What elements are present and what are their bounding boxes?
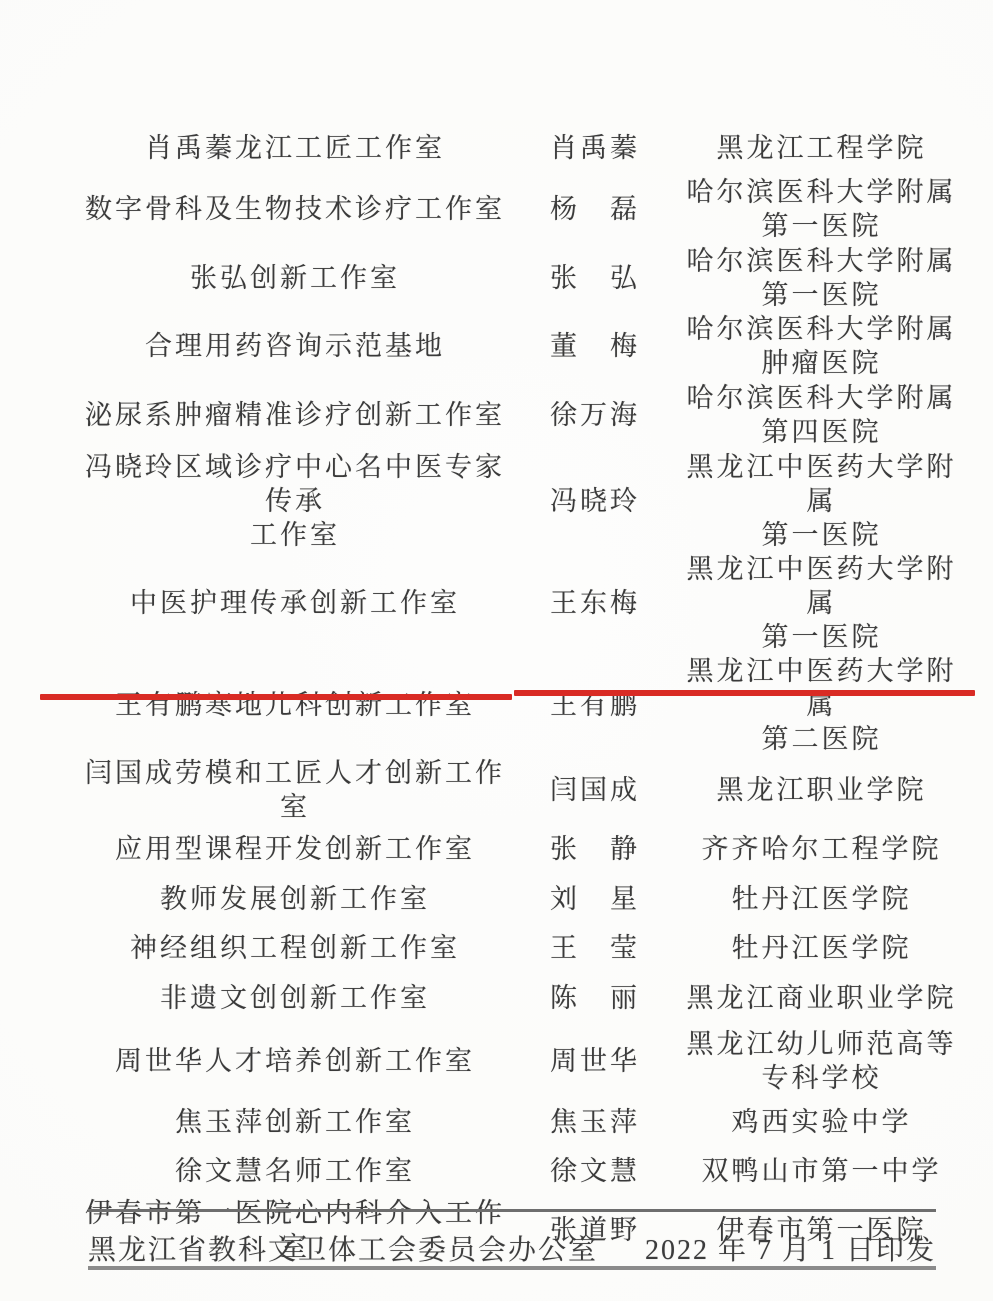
highlight-underline-right-segment bbox=[514, 690, 975, 696]
workshop-name-cell: 冯晓玲区域诊疗中心名中医专家传承 工作室 bbox=[85, 450, 505, 552]
organization-cell: 黑龙江中医药大学附属 第一医院 bbox=[685, 552, 958, 654]
table-row: 肖禹蓁龙江工匠工作室 肖禹蓁 黑龙江工程学院 bbox=[0, 122, 993, 174]
organization-cell: 鸡西实验中学 bbox=[685, 1105, 958, 1139]
organization-cell: 黑龙江中医药大学附属 第一医院 bbox=[685, 450, 958, 552]
leader-name-cell: 肖禹蓁 bbox=[505, 131, 685, 165]
leader-name-cell: 王 莹 bbox=[505, 931, 685, 965]
leader-name-cell: 张 弘 bbox=[505, 261, 685, 295]
organization-cell: 黑龙江幼儿师范高等 专科学校 bbox=[685, 1027, 958, 1095]
workshop-name-cell: 应用型课程开发创新工作室 bbox=[85, 832, 505, 866]
workshop-name-cell: 张弘创新工作室 bbox=[85, 261, 505, 295]
organization-cell: 哈尔滨医科大学附属 第一医院 bbox=[685, 175, 958, 243]
table-row: 合理用药咨询示范基地 董 梅 哈尔滨医科大学附属 肿瘤医院 bbox=[0, 312, 993, 380]
workshop-name-cell: 焦玉萍创新工作室 bbox=[85, 1105, 505, 1139]
workshop-name-cell: 肖禹蓁龙江工匠工作室 bbox=[85, 131, 505, 165]
workshop-name-cell: 非遗文创创新工作室 bbox=[85, 981, 505, 1015]
organization-cell: 黑龙江中医药大学附属 第二医院 bbox=[685, 654, 958, 756]
workshop-name-cell: 神经组织工程创新工作室 bbox=[85, 931, 505, 965]
table-row: 非遗文创创新工作室 陈 丽 黑龙江商业职业学院 bbox=[0, 972, 993, 1024]
leader-name-cell: 徐文慧 bbox=[505, 1154, 685, 1188]
workshop-name-cell: 闫国成劳模和工匠人才创新工作室 bbox=[85, 756, 505, 824]
organization-cell: 哈尔滨医科大学附属 第一医院 bbox=[685, 244, 958, 312]
organization-cell: 牡丹江医学院 bbox=[685, 882, 958, 916]
organization-cell: 齐齐哈尔工程学院 bbox=[685, 832, 958, 866]
leader-name-cell: 刘 星 bbox=[505, 882, 685, 916]
table-row: 神经组织工程创新工作室 王 莹 牡丹江医学院 bbox=[0, 924, 993, 972]
workshop-name-cell: 周世华人才培养创新工作室 bbox=[85, 1044, 505, 1078]
organization-cell: 黑龙江职业学院 bbox=[685, 773, 958, 807]
workshop-name-cell: 数字骨科及生物技术诊疗工作室 bbox=[85, 192, 505, 226]
highlight-underline-left-segment bbox=[40, 694, 512, 700]
footer-bottom-rule bbox=[88, 1266, 936, 1270]
organization-cell: 黑龙江工程学院 bbox=[685, 131, 958, 165]
table-row: 教师发展创新工作室 刘 星 牡丹江医学院 bbox=[0, 874, 993, 924]
leader-name-cell: 闫国成 bbox=[505, 773, 685, 807]
leader-name-cell: 焦玉萍 bbox=[505, 1105, 685, 1139]
table-row: 焦玉萍创新工作室 焦玉萍 鸡西实验中学 bbox=[0, 1098, 993, 1146]
table-row: 数字骨科及生物技术诊疗工作室 杨 磊 哈尔滨医科大学附属 第一医院 bbox=[0, 174, 993, 244]
workshop-name-cell: 泌尿系肿瘤精准诊疗创新工作室 bbox=[85, 398, 505, 432]
leader-name-cell: 周世华 bbox=[505, 1044, 685, 1078]
table-row: 王有鹏寒地儿科创新工作室 王有鹏 黑龙江中医药大学附属 第二医院 bbox=[0, 654, 993, 756]
leader-name-cell: 张 静 bbox=[505, 832, 685, 866]
organization-cell: 哈尔滨医科大学附属 肿瘤医院 bbox=[685, 312, 958, 380]
issue-date-label: 2022 年 7 月 1 日印发 bbox=[645, 1228, 936, 1268]
table-row: 中医护理传承创新工作室 王东梅 黑龙江中医药大学附属 第一医院 bbox=[0, 552, 993, 654]
workshop-name-cell: 徐文慧名师工作室 bbox=[85, 1154, 505, 1188]
table-row: 徐文慧名师工作室 徐文慧 双鸭山市第一中学 bbox=[0, 1146, 993, 1196]
organization-cell: 牡丹江医学院 bbox=[685, 931, 958, 965]
footer: 黑龙江省教科文卫体工会委员会办公室 2022 年 7 月 1 日印发 bbox=[88, 1228, 936, 1268]
workshop-name-cell: 合理用药咨询示范基地 bbox=[85, 329, 505, 363]
leader-name-cell: 徐万海 bbox=[505, 398, 685, 432]
table-row: 冯晓玲区域诊疗中心名中医专家传承 工作室 冯晓玲 黑龙江中医药大学附属 第一医院 bbox=[0, 450, 993, 552]
workshop-name-cell: 中医护理传承创新工作室 bbox=[85, 586, 505, 620]
workshop-name-cell: 教师发展创新工作室 bbox=[85, 882, 505, 916]
leader-name-cell: 王东梅 bbox=[505, 586, 685, 620]
organization-cell: 双鸭山市第一中学 bbox=[685, 1154, 958, 1188]
document-page: 肖禹蓁龙江工匠工作室 肖禹蓁 黑龙江工程学院 数字骨科及生物技术诊疗工作室 杨 … bbox=[0, 0, 993, 1301]
leader-name-cell: 杨 磊 bbox=[505, 192, 685, 226]
organization-cell: 黑龙江商业职业学院 bbox=[685, 981, 958, 1015]
table-row: 张弘创新工作室 张 弘 哈尔滨医科大学附属 第一医院 bbox=[0, 244, 993, 312]
table-row-highlighted: 闫国成劳模和工匠人才创新工作室 闫国成 黑龙江职业学院 bbox=[0, 756, 993, 824]
leader-name-cell: 冯晓玲 bbox=[505, 484, 685, 518]
footer-top-rule bbox=[88, 1209, 936, 1212]
leader-name-cell: 董 梅 bbox=[505, 329, 685, 363]
table-row: 应用型课程开发创新工作室 张 静 齐齐哈尔工程学院 bbox=[0, 824, 993, 874]
leader-name-cell: 陈 丽 bbox=[505, 981, 685, 1015]
table-row: 泌尿系肿瘤精准诊疗创新工作室 徐万海 哈尔滨医科大学附属 第四医院 bbox=[0, 380, 993, 450]
table-row: 周世华人才培养创新工作室 周世华 黑龙江幼儿师范高等 专科学校 bbox=[0, 1024, 993, 1098]
organization-cell: 哈尔滨医科大学附属 第四医院 bbox=[685, 381, 958, 449]
issuing-office-label: 黑龙江省教科文卫体工会委员会办公室 bbox=[88, 1228, 598, 1268]
